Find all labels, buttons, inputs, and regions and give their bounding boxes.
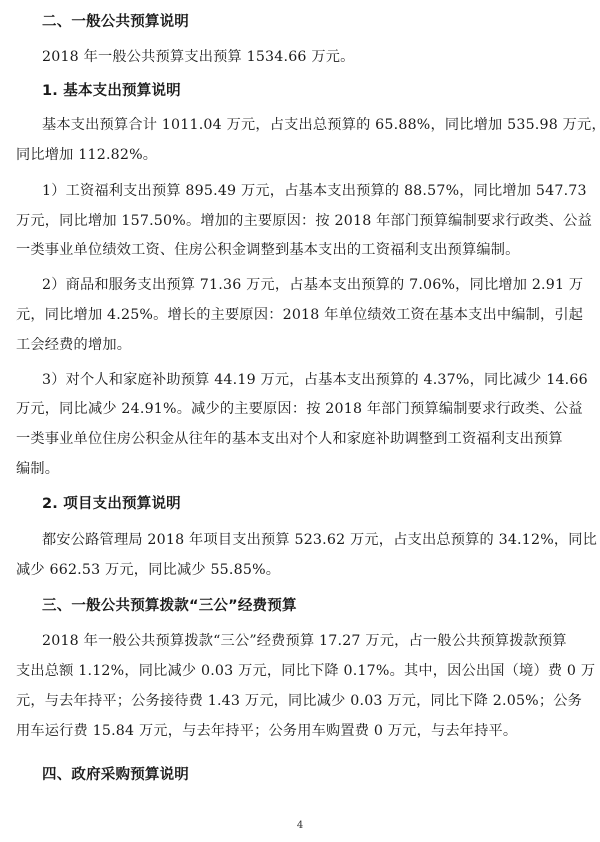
item-2-line: 工会经费的增加。 (16, 335, 506, 355)
paragraph-line: 2018 年一般公共预算拨款“三公”经费预算 17.27 万元，占一般公共预算拨… (42, 631, 532, 651)
section-4-heading: 四、政府采购预算说明 (42, 765, 532, 785)
paragraph-line: 支出总额 1.12%，同比减少 0.03 万元，同比下降 0.17%。其中，因公… (16, 661, 506, 681)
subsection-2-heading: 2. 项目支出预算说明 (42, 494, 532, 514)
paragraph-line: 减少 662.53 万元，同比减少 55.85%。 (16, 560, 506, 580)
item-2-line: 元，同比增加 4.25%。增长的主要原因：2018 年单位绩效工资在基本支出中编… (16, 305, 506, 325)
document-page: 二、一般公共预算说明 2018 年一般公共预算支出预算 1534.66 万元。 … (0, 0, 600, 842)
item-1-line: 一类事业单位绩效工资、住房公积金调整到基本支出的工资福利支出预算编制。 (16, 240, 506, 260)
item-1-line: 万元，同比增加 157.50%。增加的主要原因：按 2018 年部门预算编制要求… (16, 211, 506, 231)
paragraph-line: 同比增加 112.82%。 (16, 145, 506, 165)
item-3-line: 编制。 (16, 459, 506, 479)
paragraph-line: 用车运行费 15.84 万元，与去年持平；公务用车购置费 0 万元，与去年持平。 (16, 721, 506, 741)
subsection-1-heading: 1. 基本支出预算说明 (42, 81, 532, 101)
item-2-line: 2）商品和服务支出预算 71.36 万元，占基本支出预算的 7.06%，同比增加… (42, 275, 532, 295)
item-3-line: 万元，同比减少 24.91%。减少的主要原因：按 2018 年部门预算编制要求行… (16, 399, 506, 419)
section-2-heading: 二、一般公共预算说明 (42, 12, 532, 32)
paragraph-line: 基本支出预算合计 1011.04 万元，占支出总预算的 65.88%，同比增加 … (42, 115, 532, 135)
section-3-heading: 三、一般公共预算拨款“三公”经费预算 (42, 596, 532, 616)
item-3-line: 3）对个人和家庭补助预算 44.19 万元，占基本支出预算的 4.37%，同比减… (42, 370, 532, 390)
section-2-intro: 2018 年一般公共预算支出预算 1534.66 万元。 (42, 47, 532, 67)
item-1-line: 1）工资福利支出预算 895.49 万元，占基本支出预算的 88.57%，同比增… (42, 181, 532, 201)
paragraph-line: 都安公路管理局 2018 年项目支出预算 523.62 万元，占支出总预算的 3… (42, 530, 532, 550)
paragraph-line: 元，与去年持平；公务接待费 1.43 万元，同比减少 0.03 万元，同比下降 … (16, 691, 506, 711)
page-number: 4 (0, 820, 600, 831)
item-3-line: 一类事业单位住房公积金从往年的基本支出对个人和家庭补助调整到工资福利支出预算 (16, 429, 506, 449)
